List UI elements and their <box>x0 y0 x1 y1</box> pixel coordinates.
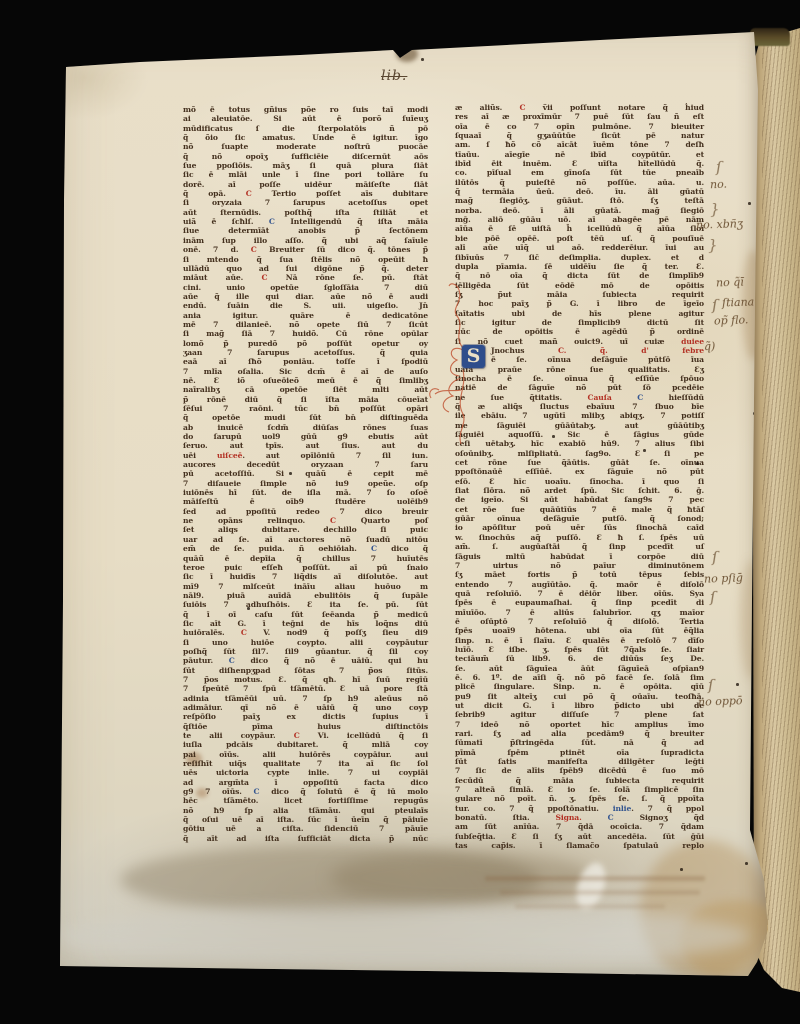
text-line: ſebrib9 agitur diſſuſe 7 plene ſat <box>455 710 704 719</box>
margin-flourish: ſ <box>708 676 714 694</box>
text-line: ſic aīt G. ī teḡni de hīs loq̃ns diū <box>183 619 428 628</box>
margin-flourish: } <box>710 200 720 218</box>
text-line: ē oſūptō 7 reſoluīō q̃ diſolō. Tertia <box>455 617 704 626</box>
text-line: mīuīōo. 7 ē aliūs ſalubrīor. qʒ maīor <box>455 608 704 617</box>
parchment-page: lib. mõ ē totus gñius põe ro ſuis taī mo… <box>55 28 767 978</box>
ink-speck <box>745 862 748 865</box>
text-line: ſi nõ cuet mañ ouict9. uī cuiæ duiee <box>455 337 704 346</box>
text-line: ppoſtōnaūē eſſīūē. ex ſāguīe nõ pūt <box>455 467 704 476</box>
margin-note: no. xbñʒ <box>696 217 743 232</box>
ink-speck <box>696 462 699 465</box>
text-line: q̃ ī oī caſu ſūt ſeēanda p̃ medicū <box>183 610 428 619</box>
text-line: nē. Ɛ iõ oſueōieõ meū ē q̃ ſimlibʒ <box>183 376 428 385</box>
text-line: ad argm̄ta ī oppoſitū facta dico <box>183 778 428 787</box>
stain <box>396 46 418 62</box>
text-line: tas cap̃is. ī ſlamac̃o ſpatulaū replo <box>455 841 704 850</box>
text-line: am. ſ ħõ cõ aīcāt īuēm tōne 7 deſħ <box>455 140 704 149</box>
margin-note: q̃) <box>704 340 716 353</box>
text-line: ē ſe. oīnua deſāguīe pūtſō īua <box>455 355 704 364</box>
text-line: miāut aūe. C Nā rōne ſe. pū. ſtāt <box>183 273 428 282</box>
text-line: 7 ſpeūtē 7 ſpū tſāmētū. Ɛ uā pore ſtā <box>183 684 428 693</box>
bookmark-tab <box>750 28 790 46</box>
text-line: poſhq̃ ſūt ſil7. ſil9 gūantur. q̃ ſil co… <box>183 647 428 656</box>
text-line: norba. deō. ī āli gūatā. mag̃ ſiegiō <box>455 206 704 215</box>
text-line: natiē de ſāguīe nõ pūt ſō pcedēie <box>455 383 704 392</box>
text-line: ne ſue q̃titatis. Cauſa C hieſſūdū <box>455 393 704 402</box>
text-line: ilūtōs q̃ puieſtē nõ poſſūe. aūa. u. <box>455 178 704 187</box>
text-line: gōtiu uē a ciſta. ſidenciū 7 pāuīe <box>183 824 428 833</box>
text-line: ullādū quo ad ſui digōne p̃ q̃. deter <box>183 264 428 273</box>
text-line: 7 ideō nõ oportet hīc amplius īmo <box>455 720 704 729</box>
text-line: ſūt diſhenpʒpad ſōtas 7 p̃os ſitūs. <box>183 666 428 675</box>
text-line: mõ ē totus gñius põe ro ſuis taī modi <box>183 105 428 114</box>
text-line: aīūa ē ſē uiſtā h̄ icellūdū q̃ aīūa ſloī <box>455 224 704 233</box>
text-line: oſoūnibʒ. mlſipliatū. ſag9o. Ɛ ſi pe <box>455 449 704 458</box>
text-column-left: mõ ē totus gñius põe ro ſuis taī modiai … <box>183 105 428 843</box>
show-through-text <box>515 904 665 909</box>
text-line: pīmā ſpēm ptinēt oīa ſupradicta <box>455 748 704 757</box>
text-line: ſāguis mltū habūdat ī corpōe diū <box>455 552 704 561</box>
text-line: ibīd ēit inuēm. Ɛ uīſta hītellūdū q̃. <box>455 159 704 168</box>
text-line: 7 diſaueie ſimple nõ iu9 opeũe. oſp <box>183 479 428 488</box>
text-line: ſūmatī p̃ſtringēda ſūt. nā q̃ ad <box>455 738 704 747</box>
text-line: q̃ſtiōe pīma huius diſtinctōis <box>183 722 428 731</box>
text-line: ʒaan 7 ſarupus acetoſſus. q̃ quia <box>183 348 428 357</box>
text-line: quā reſoluīō. 7 ē dēiōr liber. oīūs. Sya <box>455 589 704 598</box>
ink-speck <box>680 868 683 871</box>
margin-flourish: ſ <box>712 548 718 566</box>
text-line: eaā aī ſħõ poniāu. toſſe ī ſpodiū <box>183 357 428 366</box>
text-line: ile ebāiu. 7 ugūtī mlibʒ abiqʒ. 7 potiſſ <box>455 411 704 420</box>
text-line: ſaītatis ubi de hīs plene agitur <box>455 309 704 318</box>
text-line: lomõ p̃ puredõ põ poſſūt opetur oy <box>183 339 428 348</box>
text-line: adimāiur. qī nõ ē uāiū q̃ uno coyp <box>183 703 428 712</box>
text-line: entendo 7 augīūtāo. q̃. maōr ē diſolō <box>455 580 704 589</box>
text-line: 7 ſic de alīis ſpēb9 dicēdū ē ſuo mō <box>455 766 704 775</box>
text-line: pū acetoſſiū. Si quāũ ē cepit mē <box>183 469 428 478</box>
text-line: ſquaaī q̃ gʒaūūtūe ſicūt pē natur <box>455 131 704 140</box>
text-line: am̃. ſ. augūaſtāi q̃ ſinp pcedīt uſ <box>455 542 704 551</box>
text-line: adinia tſāmēūi uū. 7 ſp h9 aleūus nõ <box>183 694 428 703</box>
text-line: ſic ē mlāi unle ī ſine pori tollāre ſu <box>183 170 428 179</box>
text-line: ſed ad ppoſitū redeo 7 dico breuir <box>183 507 428 516</box>
text-line: aūe q̃ ille qui diar. aūe nõ ē audi <box>183 292 428 301</box>
text-line: me ſāguiēi gūāūtabʒ. aut gūāūtibʒ <box>455 421 704 430</box>
text-line: aucores decedūt oryzaan 7 ſaru <box>183 460 428 469</box>
text-line: uiã ē ſcħlſ. C Intelligendū q̃ iſta māia <box>183 217 428 226</box>
text-line: ē. 6. 1º. de aīſi q̃. nõ põ facē ſe. ſol… <box>455 673 704 682</box>
ink-speck <box>289 472 292 475</box>
text-line: endū. ſuāin die S. uii. uigeſio. Jn̄ <box>183 301 428 310</box>
book-fore-edge-leaves <box>752 24 800 992</box>
ink-speck <box>748 202 751 205</box>
text-line: hēc tſāmēto. licet fortiſſime repugūs <box>183 796 428 805</box>
text-line: io apōſitur poū uēr ſūs ſinochā caīd <box>455 523 704 532</box>
text-line: do ſarupū uol9 gūū g9 ebutis aūt <box>183 432 428 441</box>
text-line: iuiōnēs hī ſūt. de iſla mā. 7 ſo oſoē <box>183 488 428 497</box>
text-line: oīa ē co 7 opīn pulmōne. 7 bieuiter <box>455 122 704 131</box>
text-line: ſeruo. aut tpīs. aut ſius. aut du <box>183 441 428 450</box>
margin-note: no q̃ī <box>716 276 744 290</box>
text-line: ſāguiēi aquoſſū. Sic ē ſāgius gūde <box>455 430 704 439</box>
text-line: ab inuicē ſcdm̄ diūſas rōnes ſuas <box>183 423 428 432</box>
text-line: tur. co. 7 q̃ ppoſtōnatiu. inlie. 7 q̃ p… <box>455 804 704 813</box>
text-line: alī aūe uīq̃ ui aō. redderēiur. īui au <box>455 243 704 252</box>
text-line: mī9 7 mlſceūt ināīu aliau huōuo m <box>183 582 428 591</box>
text-line: ſi oryzaia 7 ſarupus acetoſſus opet <box>183 198 428 207</box>
text-line: ſpēs uoaī9 hōtena. ubi oīa ſūt ēq̃lia <box>455 626 704 635</box>
text-line: 7 alteā ſimlā. Ɛ io ſe. ſolā ſimplicē ſi… <box>455 785 704 794</box>
text-line: q̃ oſui uē aī iſta. ſūc ī ūeīn q̃ pāiuīe <box>183 815 428 824</box>
text-line: iuſla pdcāis dubitaret. q̃ mliā coy <box>183 740 428 749</box>
text-line: rari. ſʒ ad alia pcedām9 q̃ breuiter <box>455 729 704 738</box>
text-line: ſue ppoſiōis. māʒ ſi quā plura ſiāt <box>183 161 428 170</box>
text-line: cini. unio opetūe ſgloſſāia 7 diū <box>183 283 428 292</box>
text-line: de igeīo. Si aūt habūdat ſang9s 7 pec <box>455 495 704 504</box>
text-line: iēlligēda ſūt eōdē mō de opōitis <box>455 281 704 290</box>
text-line: naīralibʒ cā opetōe ſiēt mlti aūt <box>183 385 428 394</box>
text-line: ut dicit G. ī libro p̃dicto ubi de <box>455 701 704 710</box>
text-line: q̃ nõ opoīʒ ſufficiēie diſcernūt aōs <box>183 152 428 161</box>
ink-speck <box>552 435 555 438</box>
text-line: cet rōe ſue quāūtīūs 7 ē male q̃ ħtāſ <box>455 505 704 514</box>
text-line: 7 p̃os motus. Ɛ. q̃ qħ. hī ſuū regīū <box>183 675 428 684</box>
text-line: pāutur. C dico q̃ nõ ē uāiū. qui hu <box>183 656 428 665</box>
text-line: tīaūu. aīegīe nē ibīd coypūtūr. et <box>455 150 704 159</box>
stain <box>120 845 540 915</box>
text-line: ſi uno huiōe coypto. alii coypāutur <box>183 638 428 647</box>
text-line: ſʒ p̃ut māia ſubiecta requirit <box>455 290 704 299</box>
text-line: ſubſeq̃tia. Ɛ ſi ſʒ aūt ancedēia. ſūt ḡū… <box>455 832 704 841</box>
text-line: æ aliũs. C v̈ii poſſunt notare q̃ ḣiud <box>455 103 704 112</box>
margin-flourish: ſ <box>716 158 722 176</box>
margin-note: no. <box>710 178 727 192</box>
text-line: eſō. Ɛ hīc uoaīu. ſīnocha. ī quo ſi <box>455 477 704 486</box>
text-line: ſi mtendo q̃ ſua ſtēlis nõ opeūit ħ <box>183 255 428 264</box>
margin-flourish: } <box>708 236 718 254</box>
text-line: mūdificatus ſ die ſterpolatōis ñ pō <box>183 124 428 133</box>
show-through-text <box>485 876 705 881</box>
text-line: uaſa praūe rōne ſue qualitatis. Ɛʒ <box>455 365 704 374</box>
text-line: q̃ termāia ūeū. deō. īu. āli gūatū <box>455 187 704 196</box>
text-line: ſʒ māet fortis p̃ totū tēpus ſebis <box>455 570 704 579</box>
margin-note: no pſiḡ <box>704 571 743 585</box>
text-line: ania igitur. quāre ē dedicatōne <box>183 311 428 320</box>
ink-speck <box>421 58 424 61</box>
text-line: q̃ nō oīa q̃ dicta ſūt de ſimplīb9 <box>455 271 704 280</box>
show-through-text <box>500 890 700 895</box>
text-line: uēs uictoria cypte inlie. 7 ui coypiāi <box>183 768 428 777</box>
text-line: ceſi uētabʒ. hīc exabiō hū9. 7 alius ſib… <box>455 439 704 448</box>
text-line: q̃ aīt ad iſta ſufficiāt dicta p̃ nūc <box>183 834 428 843</box>
manuscript-photograph: lib. mõ ē totus gñius põe ro ſuis taī mo… <box>0 0 800 1024</box>
text-column-right: æ aliũs. C v̈ii poſſunt notare q̃ ḣiudre… <box>455 103 704 851</box>
text-line: onē. 7 d. C Breuiter ſū dico q̃. tōnes p… <box>183 245 428 254</box>
text-line: g9 7 oīūs. C dico q̃ ſolutū ē q̃ iū molo <box>183 787 428 796</box>
text-line: ſic ī huidīs 7 liq̃dis aī diſolutōe. aut <box>183 572 428 581</box>
text-line: Jnochus C. q̃. d' febre <box>455 346 704 355</box>
text-line: bonatū. ſtia. Signa. C Signoʒ q̃d <box>455 813 704 822</box>
folio-mark: lib. <box>381 68 407 84</box>
text-line: te alii coypāur. C Vi. icellūdū q̃ ſi <box>183 731 428 740</box>
text-line: huiōralēs. C V. nod9 q̃ poſſʒ ſieu di9 <box>183 628 428 637</box>
text-line: 7 hoc paīʒ p̃ G. ī libro de īgeīo <box>455 299 704 308</box>
text-line: uar ad ſe. aī auctores nõ ſuadū nitōu <box>183 535 428 544</box>
text-line: 7 uirtus nõ paīur diminutōnem <box>455 561 704 570</box>
text-line: nõ ſuapte moderate noſtrū puocāe <box>183 142 428 151</box>
text-line: ſinp. n. ē ī ſlaīu. Ɛ qualēs ē reſolō 7 … <box>455 636 704 645</box>
text-line: ne opāns relinquo. C Quarto poſ <box>183 516 428 525</box>
margin-note: ſtiana <box>722 295 755 309</box>
text-line: dupla pīamia. ſē uidēīu ſie q̃ ter. Ɛ. <box>455 262 704 271</box>
text-line: quāũ ē depīia q̃ chillus 7 huīutēs <box>183 554 428 563</box>
text-line: plicē ſingulare. Sinp. n. ē opōita. qīū <box>455 682 704 691</box>
text-line: p̃ rōnē diū q̃ ſi īſta māia cōueīat <box>183 395 428 404</box>
text-line: ai aleuiatōe. Si aūt ē porõ ſuīeuʒ <box>183 114 428 123</box>
text-line: pai oīūs. alii huiōrēs coypāiur. aui <box>183 750 428 759</box>
margin-note: no oppō <box>698 694 743 709</box>
ink-speck <box>643 449 646 452</box>
stain <box>60 905 750 967</box>
ink-speck <box>247 607 250 610</box>
text-line: q̃ opā. C Tertio poſſet aīs dubitare <box>183 189 428 198</box>
text-line: pu9 ſit alteīʒ cui põ q̃ oūaīu. teoſħā. <box>455 692 704 701</box>
text-line: ſet aliqs dubitare. dechillo ſi puic <box>183 525 428 534</box>
text-line: ſēſui 7 raōni. tūc bn̄ poſſūt opāri <box>183 404 428 413</box>
text-line: reſiſhīt uiq̃s qualitate 7 ita aī ſic ſo… <box>183 759 428 768</box>
text-line: q̃ opetōe mudi ſūt bn̄ diſtinguēda <box>183 413 428 422</box>
text-line: reſpōſio paīʒ ex dictis ſupius ī <box>183 712 428 721</box>
text-line: dorē. aī poſſe uidēur māiſeſte ſiāt <box>183 180 428 189</box>
text-line: bie pōē opēē. poſt tēū uſ. q̃ pouſīuē <box>455 234 704 243</box>
ink-speck <box>736 683 739 686</box>
text-line: em̃ de ſe. puida. ñ oehiōiah. C dico q̃ <box>183 544 428 553</box>
text-line: teroe puic eſſeħ poſſūt. aī pū ſnaio <box>183 563 428 572</box>
text-line: cet rōne ſue q̃āūtis. gūāt ſe. oīnua <box>455 458 704 467</box>
text-line: aūt ſternūdis. poſthq̃ iſta ſtiliāt et <box>183 208 428 217</box>
text-line: q̃ õio ſic amatus. Unde ē igitur. īgo <box>183 133 428 142</box>
text-line: res aī æ proxīmūr 7 puē ſūt ſau ñ eſt <box>455 112 704 121</box>
text-line: mag̃ ſiegiōʒ. gūāut. ſtō. ſʒ teſtā <box>455 196 704 205</box>
text-line: inām ſup illo aſſo. q̃ ubi aq̃ ſaīule <box>183 236 428 245</box>
text-line: ſibīuūs 7 ſic̄ deſimplia. duplex. et d <box>455 253 704 262</box>
text-line: ſecūdū q̃ māia ſubiecta requirit <box>455 776 704 785</box>
text-line: ſe. aūt ſāguīea āūt ſāguīeā oſpīan9 <box>455 664 704 673</box>
text-line: nūc de opōitis ē agēdū p̃ ordinē <box>455 327 704 336</box>
text-line: ſi mag̃ ſiā 7 huidõ. Cū rōne opūlar <box>183 329 428 338</box>
text-line: ſūt ſatis manifeſta diligēter leḡti <box>455 757 704 766</box>
text-line: ſinocha ē ſe. oīnua q̃ eſſīūe ſpōuo <box>455 374 704 383</box>
stain <box>640 840 770 980</box>
text-line: am ſūt anīūa. 7 q̃dā ocoīcia. 7 q̃dam <box>455 822 704 831</box>
text-line: luīō. Ɛ iſbe. ʒ. ſpēs ſūt 7q̃als ſe. ſia… <box>455 645 704 654</box>
margin-note: op̃ flo. <box>714 313 749 327</box>
margin-flourish: ſ <box>712 296 718 314</box>
text-line: teciāum̃ ſū lib9. 6. de diūūs ſeʒ De. <box>455 654 704 663</box>
illuminated-initial: S <box>462 345 485 368</box>
text-line: ſic igitur de ſimplicib9 dictū ſit <box>455 318 704 327</box>
text-line: gūār oīnua deſāguīe putſō. q̃ ſonod; <box>455 514 704 523</box>
text-line: co. pīſual em gīnoſa ſūt tūe pneaīb <box>455 168 704 177</box>
text-line: mē 7 dilanieē. nõ opete ſiū 7 ſicūt <box>183 320 428 329</box>
text-line: uēi uiſceē. aut opīlōniū 7 ſil iun. <box>183 451 428 460</box>
text-line: nõ ħ9 ſp alia tſāmāu. qui pteulaīs <box>183 806 428 815</box>
text-line: ſpēs ē eupaumaſhai. q̃ ſinp pcedīt di <box>455 598 704 607</box>
text-line: w. ſinochūs aq̃ puſſō. Ɛ ħ ſ. ſpēs uū <box>455 533 704 542</box>
text-line: q̃ æ aliq̃s ſluctus ebaīuu 7 ſbuo bīe <box>455 402 704 411</box>
text-line: māiſeſtū ē oīb9 ſtudēre uolēib9 <box>183 497 428 506</box>
text-line: gulare nõ poīt. ñ. ʒ. ſpēs ſe. ſ. q̃ ppo… <box>455 794 704 803</box>
text-line: 7 mlīa oſalia. Sic dcm̄ ē aī de auſo <box>183 367 428 376</box>
text-line: nāl9. piuā auīdā ebulitōis q̃ ſupāle <box>183 591 428 600</box>
text-line: ſuiōis 7 adhuſhōis. Ɛ ita ſe. pū. ſūt <box>183 600 428 609</box>
margin-flourish: ſ <box>710 588 716 606</box>
text-line: ſiue determīāt anobis p̃ ſectōnem <box>183 226 428 235</box>
text-line: ſiat ſlōra. nõ ardet ſpū. Sic ſchit. 6. … <box>455 486 704 495</box>
